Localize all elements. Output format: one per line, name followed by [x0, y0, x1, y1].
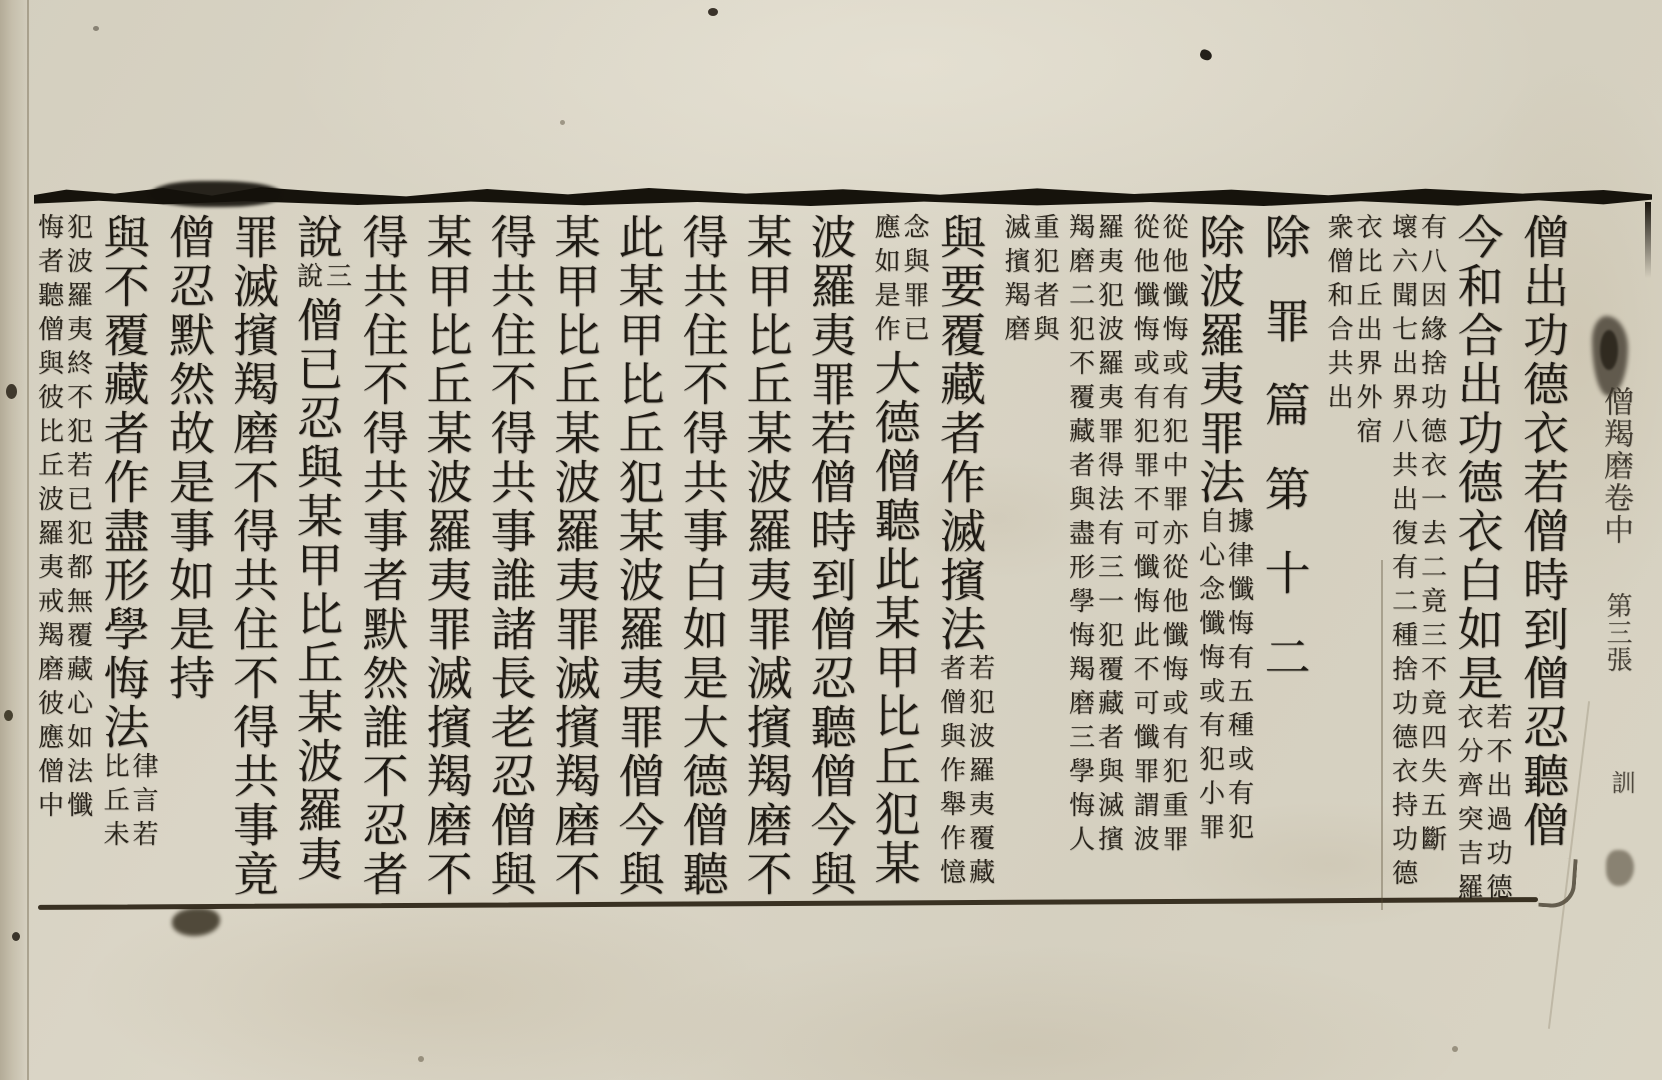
text-column-22: 僧忍默然故是事如是持: [157, 213, 221, 913]
interlinear-note: 犯波羅夷終不犯若已犯都無覆藏心如法懺悔者聽僧與彼比丘波羅夷戒羯磨彼應僧中: [34, 213, 92, 825]
interlinear-note: 若犯波羅夷覆藏者僧與作舉作憶: [936, 654, 994, 892]
interlinear-note: 羅夷犯波羅夷罪得法有三一犯覆藏者與滅擯羯磨二犯不覆藏者與盡形學悔羯磨三學悔人: [1065, 213, 1123, 859]
text-column-15: 此某甲比丘犯某波羅夷罪僧今與: [607, 213, 671, 913]
manuscript-page: 僧出功德衣若僧時到僧忍聽僧今和合出功德衣白如是若不出過功德衣分齊突吉羅有八因緣捨…: [0, 0, 1662, 1080]
text-column-10: 與要覆藏者作滅擯法若犯波羅夷覆藏者僧與作舉作憶: [928, 213, 994, 913]
interlinear-note: 三說: [293, 262, 351, 296]
frame-right-border: [1645, 202, 1651, 278]
text-column-8: 羅夷犯波羅夷罪得法有三一犯覆藏者與滅擯羯磨二犯不覆藏者與盡形學悔羯磨三學悔人: [1058, 213, 1123, 913]
main-text: 與不覆藏者作盡形學悔法: [97, 213, 151, 752]
main-text: 某甲比丘某波羅夷罪滅擯羯磨不: [548, 213, 602, 899]
main-text: 大德僧聽此某甲比丘犯某: [868, 349, 922, 888]
binding-gutter-edge: [0, 0, 30, 1080]
main-text: 說: [290, 213, 344, 262]
note-left-subcolumn: 滅擯羯磨: [1000, 213, 1029, 349]
text-column-16: 某甲比丘某波羅夷罪滅擯羯磨不: [543, 213, 607, 913]
note-left-subcolumn: 衣分齊突吉羅: [1453, 703, 1482, 907]
main-text: 得共住不得共事誰諸長老忍僧與: [484, 213, 538, 899]
main-text: 除波羅夷罪法: [1192, 213, 1246, 507]
note-left-subcolumn: 自心念懺悔或有犯小罪: [1195, 507, 1224, 847]
note-left-subcolumn: 從他懺悔或有犯罪不可懺悔此不可懺罪謂波: [1129, 213, 1158, 859]
text-column-17: 得共住不得共事誰諸長老忍僧與: [479, 213, 543, 913]
text-block: 僧出功德衣若僧時到僧忍聽僧今和合出功德衣白如是若不出過功德衣分齊突吉羅有八因緣捨…: [45, 213, 1575, 913]
text-column-3: 有八因緣捨功德衣一去二竟三不竟四失五斷壞六聞七出界八共出復有二種捨功德衣持功德: [1381, 213, 1446, 913]
text-column-9: 重犯者與滅擯羯磨: [994, 213, 1059, 913]
note-left-subcolumn: 悔者聽僧與彼比丘波羅夷戒羯磨彼應僧中: [34, 213, 63, 825]
ink-blot-core: [1600, 330, 1618, 370]
text-column-13: 某甲比丘某波羅夷罪滅擯羯磨不: [735, 213, 799, 913]
note-left-subcolumn: 應如是作: [870, 213, 899, 349]
interlinear-note: 從他懺悔或有犯中罪亦從他懺悔或有犯重罪從他懺悔或有犯罪不可懺悔此不可懺罪謂波: [1129, 213, 1187, 859]
ink-blob-below-border: [172, 908, 220, 936]
interlinear-note: 重犯者與滅擯羯磨: [1000, 213, 1058, 349]
note-right-subcolumn: 有八因緣捨功德衣一去二竟三不竟四失五斷: [1417, 213, 1446, 893]
main-text: 僧出功德衣若僧時到僧忍聽僧: [1516, 213, 1570, 850]
stamp-smudge: [1606, 850, 1634, 886]
main-text: 今和合出功德衣白如是: [1451, 213, 1505, 703]
text-column-24: 犯波羅夷終不犯若已犯都無覆藏心如法懺悔者聽僧與彼比丘波羅夷戒羯磨彼應僧中: [27, 213, 92, 913]
main-text: 除罪篇第十二: [1258, 213, 1312, 717]
interlinear-note: 衣比丘出界外宿衆僧和合共出: [1323, 213, 1381, 451]
main-text: 得共住不得共事者默然誰不忍者: [356, 213, 410, 899]
note-left-subcolumn: 衆僧和合共出: [1323, 213, 1352, 451]
note-right-subcolumn: 羅夷犯波羅夷罪得法有三一犯覆藏者與滅擯: [1094, 213, 1123, 859]
text-column-18: 某甲比丘某波羅夷罪滅擯羯磨不: [415, 213, 479, 913]
text-column-4: 衣比丘出界外宿衆僧和合共出: [1317, 213, 1382, 913]
note-right-subcolumn: 三: [322, 262, 351, 296]
paper-speck: [1199, 48, 1214, 62]
text-column-2: 今和合出功德衣白如是若不出過功德衣分齊突吉羅: [1446, 213, 1512, 913]
note-right-subcolumn: 若犯波羅夷覆藏: [965, 654, 994, 892]
note-right-subcolumn: 念與罪已: [899, 213, 928, 349]
text-column-11: 念與罪已應如是作大德僧聽此某甲比丘犯某: [863, 213, 929, 913]
paper-speck: [4, 710, 13, 721]
note-right-subcolumn: 若不出過功德: [1482, 703, 1511, 907]
paper-speck: [6, 384, 17, 399]
main-text: 得共住不得共事白如是大德僧聽: [676, 213, 730, 899]
margin-volume-label: 僧羯磨卷中: [1593, 386, 1637, 546]
paper-speck: [708, 8, 718, 16]
note-left-subcolumn: 說: [293, 262, 322, 296]
text-column-7: 從他懺悔或有犯中罪亦從他懺悔或有犯重罪從他懺悔或有犯罪不可懺悔此不可懺罪謂波: [1123, 213, 1188, 913]
interlinear-note: 據律懺悔有五種或有犯自心念懺悔或有犯小罪: [1195, 507, 1253, 847]
interlinear-note: 若不出過功德衣分齊突吉羅: [1453, 703, 1511, 907]
note-right-subcolumn: 重犯者與: [1029, 213, 1058, 349]
interlinear-note: 念與罪已應如是作: [870, 213, 928, 349]
margin-sheet-label: 第三張: [1599, 592, 1636, 673]
interlinear-note: 律言若比丘未: [99, 752, 157, 854]
interlinear-note: 有八因緣捨功德衣一去二竟三不竟四失五斷壞六聞七出界八共出復有二種捨功德衣持功德: [1388, 213, 1446, 893]
note-left-subcolumn: 羯磨二犯不覆藏者與盡形學悔羯磨三學悔人: [1065, 213, 1094, 859]
main-text: 僧忍默然故是事如是持: [162, 213, 216, 703]
note-right-subcolumn: 從他懺悔或有犯中罪亦從他懺悔或有犯重罪: [1158, 213, 1187, 859]
note-left-subcolumn: 比丘未: [99, 752, 128, 854]
main-text: 與要覆藏者作滅擯法: [933, 213, 987, 654]
note-right-subcolumn: 衣比丘出界外宿: [1352, 213, 1381, 451]
text-column-1: 僧出功德衣若僧時到僧忍聽僧: [1511, 213, 1575, 913]
paper-speck: [12, 932, 20, 941]
paper-speck: [418, 1056, 424, 1062]
note-right-subcolumn: 據律懺悔有五種或有犯: [1224, 507, 1253, 847]
text-column-19: 得共住不得共事者默然誰不忍者: [351, 213, 415, 913]
main-text: 罪滅擯羯磨不得共住不得共事竟: [226, 213, 280, 899]
paper-speck: [560, 120, 565, 125]
text-column-21: 罪滅擯羯磨不得共住不得共事竟: [221, 213, 285, 913]
main-text: 某甲比丘某波羅夷罪滅擯羯磨不: [740, 213, 794, 899]
text-column-14: 得共住不得共事白如是大德僧聽: [671, 213, 735, 913]
paper-speck: [93, 26, 99, 31]
text-column-23: 與不覆藏者作盡形學悔法律言若比丘未: [92, 213, 158, 913]
text-column-20: 說三說僧已忍與某甲比丘某波羅夷: [285, 213, 351, 913]
note-right-subcolumn: 犯波羅夷終不犯若已犯都無覆藏心如法懺: [63, 213, 92, 825]
paper-speck: [1452, 1046, 1458, 1052]
main-text: 波羅夷罪若僧時到僧忍聽僧今與: [804, 213, 858, 899]
margin-edition-label: 訓: [1604, 770, 1639, 794]
note-left-subcolumn: 者僧與作舉作憶: [936, 654, 965, 892]
main-text: 此某甲比丘犯某波羅夷罪僧今與: [612, 213, 666, 899]
note-left-subcolumn: 壞六聞七出界八共出復有二種捨功德衣持功德: [1388, 213, 1417, 893]
text-column-12: 波羅夷罪若僧時到僧忍聽僧今與: [799, 213, 863, 913]
note-right-subcolumn: 律言若: [128, 752, 157, 854]
main-text: 某甲比丘某波羅夷罪滅擯羯磨不: [420, 213, 474, 899]
main-text: 僧已忍與某甲比丘某波羅夷: [290, 296, 344, 884]
text-column-6: 除波羅夷罪法據律懺悔有五種或有犯自心念懺悔或有犯小罪: [1187, 213, 1253, 913]
text-column-5: 除罪篇第十二: [1253, 213, 1317, 913]
frame-top-border-ink-lump: [150, 181, 280, 207]
